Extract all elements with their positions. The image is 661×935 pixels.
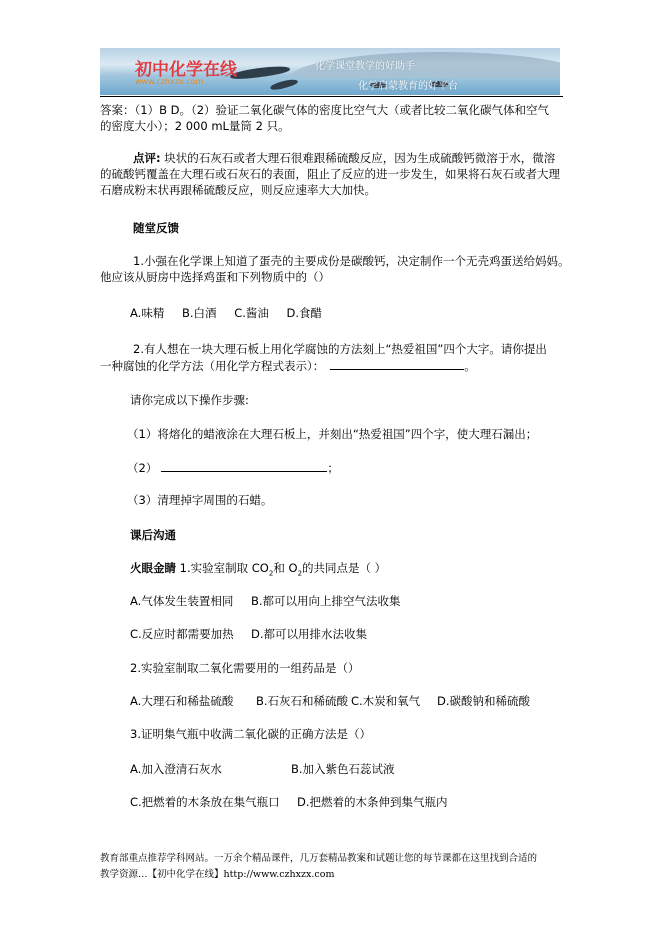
after-q1-option-b: B.都可以用向上排空气法收集 xyxy=(251,593,401,609)
answer-line-1: 答案：（1）B D。（2）验证二氧化碳气体的密度比空气大（或者比较二氧化碳气体和… xyxy=(100,102,549,118)
after-q3-option-c: C.把燃着的木条放在集气瓶口 xyxy=(130,794,280,810)
after-q2: 2.实验室制取二氧化需要用的一组药品是（） xyxy=(130,660,359,676)
after-q2-option-c: C.木炭和氧气 xyxy=(351,693,420,709)
banner-slogan-2: 化学启蒙教育的好平台 xyxy=(358,77,458,92)
comment-line-2: 的硫酸钙覆盖在大理石或石灰石的表面，阻止了反应的进一步发生，如果将石灰石或者大理 xyxy=(100,166,560,182)
comment-label: 点评: xyxy=(133,151,161,165)
step-2: （2）； xyxy=(127,459,339,476)
header-banner: 初中化学在线 www.czhxzx.com 化学课堂教学的好助手 化学启蒙教育的… xyxy=(100,48,560,95)
after-q1: 火眼金睛 1.实验室制取 CO2和 O2的共同点是（ ） xyxy=(130,560,386,581)
answer-blank[interactable] xyxy=(330,357,464,370)
step-1: （1）将熔化的蜡液涂在大理石板上，并刻出“热爱祖国”四个字，使大理石漏出； xyxy=(127,426,537,442)
footer-line-1: 教育部重点推荐学科网站。一万余个精品课件，几万套精品教案和试题让您的每节课都在这… xyxy=(100,851,537,867)
feedback-q2-line-1: 2.有人想在一块大理石板上用化学腐蚀的方法刻上“热爱祖国”四个大字。请你提出 xyxy=(133,341,547,357)
subsection-label: 火眼金睛 xyxy=(130,561,176,575)
after-q1-option-c: C.反应时都需要加热 xyxy=(130,626,234,642)
after-q2-option-d: D.碳酸钠和稀硫酸 xyxy=(437,693,530,709)
feedback-q1-line-2: 他应该从厨房中选择鸡蛋和下列物质中的（） xyxy=(100,269,330,285)
option-c: C.酱油 xyxy=(234,306,269,320)
header-divider xyxy=(100,96,563,97)
after-q1-option-a: A.气体发生装置相同 xyxy=(130,593,233,609)
after-q3-option-b: B.加入紫色石蕊试液 xyxy=(291,761,395,777)
option-d: D.食醋 xyxy=(287,306,323,320)
banner-slogan-1: 化学课堂教学的好助手 xyxy=(315,57,415,72)
steps-intro: 请你完成以下操作步骤: xyxy=(130,392,249,408)
after-q3: 3.证明集气瓶中收满二氧化碳的正确方法是（） xyxy=(130,726,371,742)
section-title-after-class: 课后沟通 xyxy=(130,527,176,543)
feedback-q1-line-1: 1.小强在化学课上知道了蛋壳的主要成份是碳酸钙，决定制作一个无壳鸡蛋送给妈妈。 xyxy=(133,253,569,269)
after-q1-option-d: D.都可以用排水法收集 xyxy=(251,626,367,642)
feedback-q1-options: A.味精 B.白酒 C.酱油 D.食醋 xyxy=(130,305,322,321)
after-q2-option-a: A.大理石和稀盐硫酸 xyxy=(130,693,233,709)
site-url: www.czhxzx.com xyxy=(135,77,203,86)
step-3: （3）清理掉字周围的石蜡。 xyxy=(127,492,272,508)
option-a: A.味精 xyxy=(130,306,164,320)
comment-line-3: 石磨成粉末状再跟稀硫酸反应，则反应速率大大加快。 xyxy=(100,182,376,198)
after-q2-option-b: B.石灰石和稀硫酸 xyxy=(256,693,348,709)
section-title-feedback: 随堂反馈 xyxy=(133,220,179,236)
option-b: B.白酒 xyxy=(182,306,217,320)
comment-line-1: 点评: 块状的石灰石或者大理石很难跟稀硫酸反应，因为生成硫酸钙微溶于水，微溶 xyxy=(133,150,555,166)
footer-line-2: 教学资源…【初中化学在线】http://www.czhxzx.com xyxy=(100,867,334,883)
feedback-q2-line-2: 一种腐蚀的化学方法（用化学方程式表示）：。 xyxy=(100,357,476,374)
after-q3-option-d: D.把燃着的木条伸到集气瓶内 xyxy=(297,794,448,810)
answer-line-2: 的密度大小）；2 000 mL量筒 2 只。 xyxy=(100,118,290,134)
step-2-blank[interactable] xyxy=(161,459,327,472)
after-q3-option-a: A.加入澄清石灰水 xyxy=(130,761,222,777)
